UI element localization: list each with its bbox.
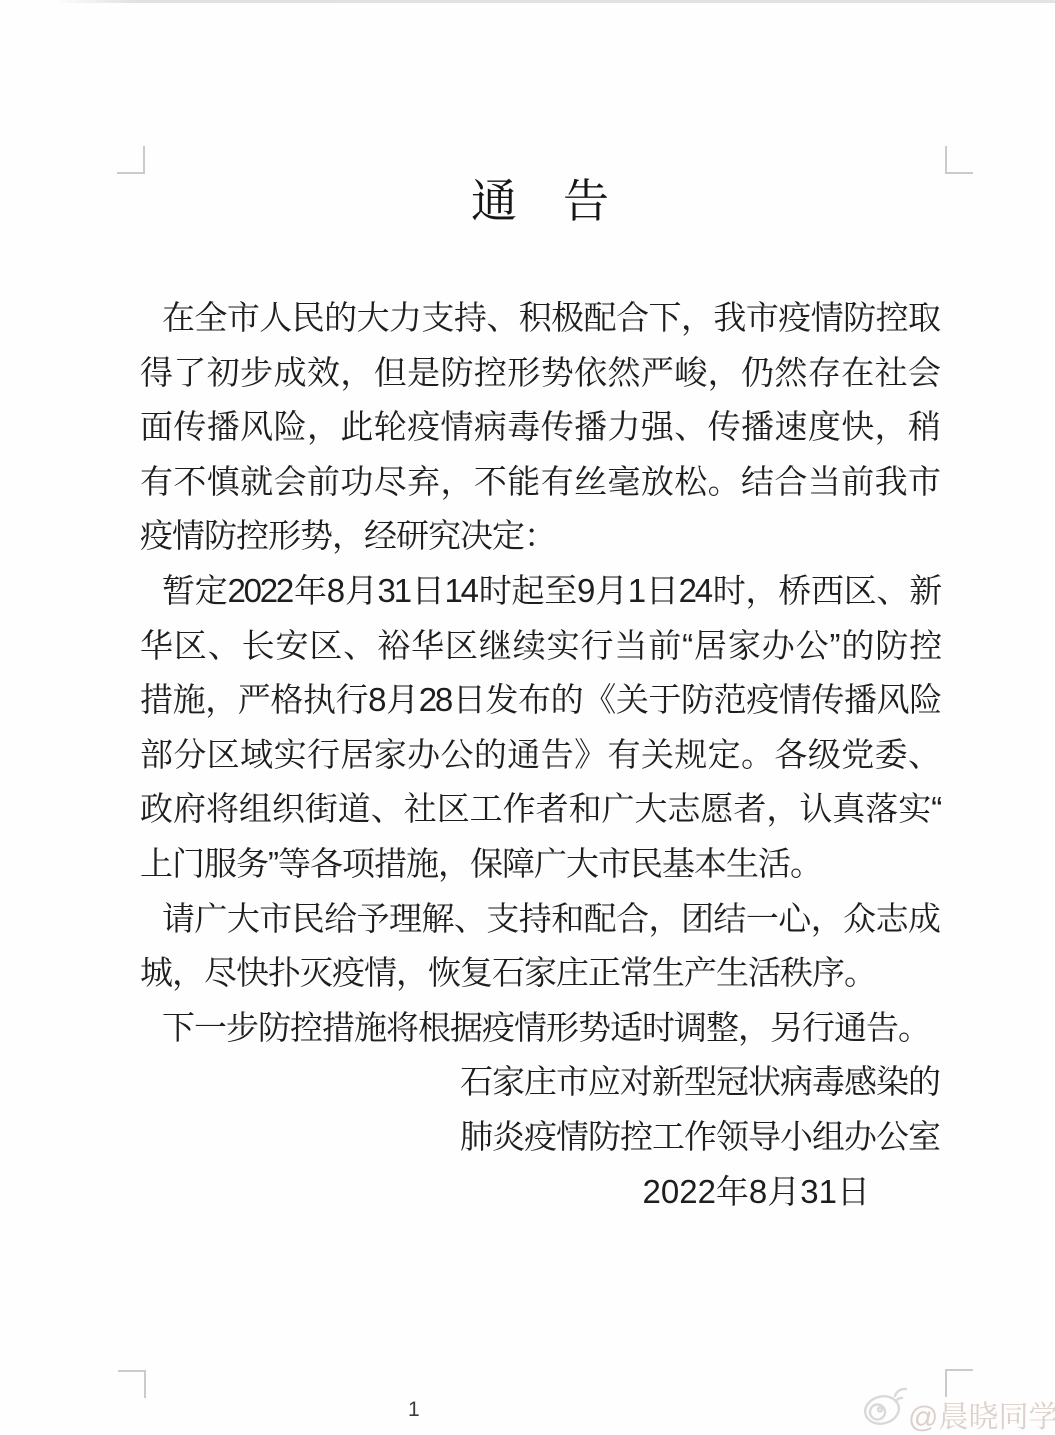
body-line: 在全市人民的大力支持、积极配合下，我市疫情防控取 [140,291,940,346]
paper-top-edge [55,0,1055,3]
signature-line: 石家庄市应对新型冠状病毒感染的 [140,1055,940,1110]
body-line: 暂定2022年8月31日14时起至9月1日24时，桥西区、新 [140,564,940,619]
corner-mark-bottom-right [945,1369,973,1397]
body-line: 措施，严格执行8月28日发布的《关于防范疫情传播风险 [140,673,940,728]
corner-mark-bottom-left [118,1370,146,1398]
watermark-handle: @晨晓同学 [908,1392,1055,1435]
document-page: 通 告 在全市人民的大力支持、积极配合下，我市疫情防控取 得了初步成效，但是防控… [0,0,1055,1435]
notice-title: 通 告 [140,176,940,227]
body-line: 上门服务”等各项措施，保障广大市民基本生活。 [140,837,940,892]
body-line: 疫情防控形势，经研究决定： [140,509,940,564]
page-number: 1 [408,1398,420,1422]
body-line: 得了初步成效，但是防控形势依然严峻，仍然存在社会 [140,346,940,401]
weibo-icon [862,1374,912,1430]
corner-mark-top-right [945,146,973,174]
body-line: 有不慎就会前功尽弃，不能有丝毫放松。结合当前我市 [140,455,940,510]
signature-date: 2022年8月31日 [140,1165,940,1220]
body-line: 城，尽快扑灭疫情，恢复石家庄正常生产生活秩序。 [140,946,940,1001]
signature-line: 肺炎疫情防控工作领导小组办公室 [140,1110,940,1165]
body-line: 政府将组织街道、社区工作者和广大志愿者，认真落实“ [140,782,940,837]
body-line: 请广大市民给予理解、支持和配合，团结一心，众志成 [140,892,940,947]
corner-mark-top-left [117,146,145,174]
body-line: 面传播风险，此轮疫情病毒传播力强、传播速度快，稍 [140,400,940,455]
body-line: 华区、长安区、裕华区继续实行当前“居家办公”的防控 [140,619,940,674]
body-line: 下一步防控措施将根据疫情形势适时调整，另行通告。 [140,1001,940,1056]
notice-body: 在全市人民的大力支持、积极配合下，我市疫情防控取 得了初步成效，但是防控形势依然… [140,291,940,1219]
body-line: 部分区域实行居家办公的通告》有关规定。各级党委、 [140,728,940,783]
